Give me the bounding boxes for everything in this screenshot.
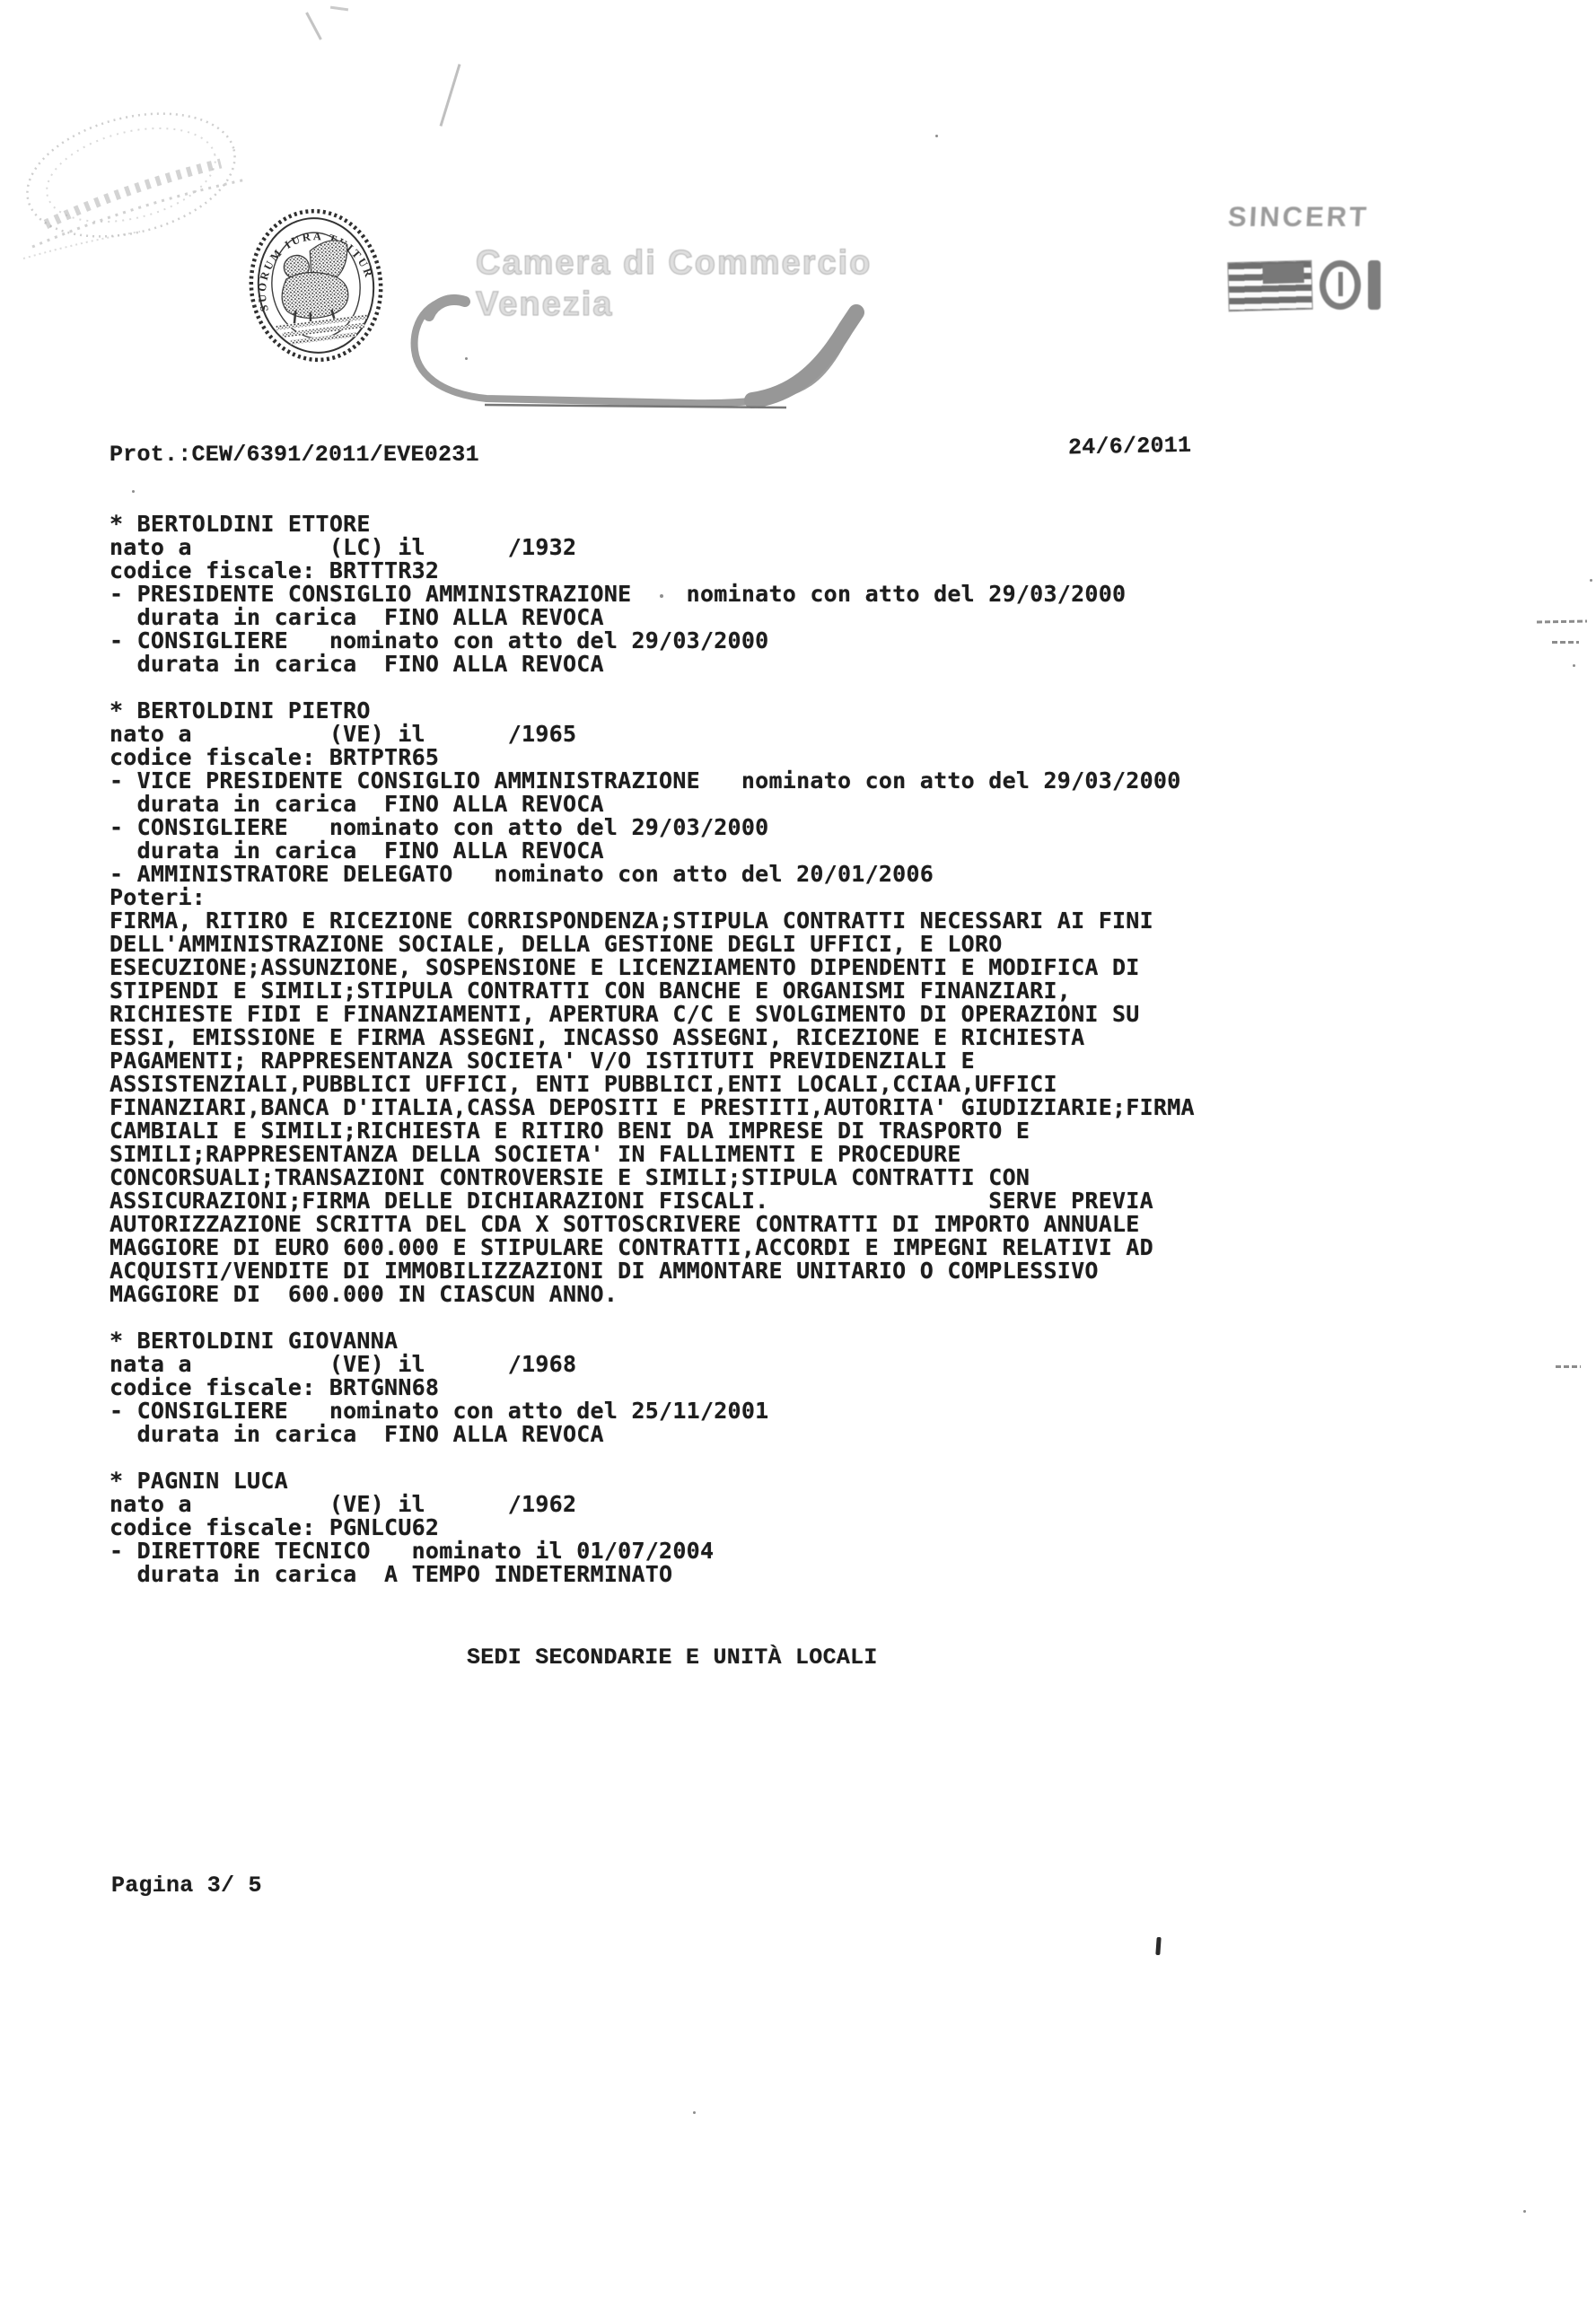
sincert-logo-text: SINCERT — [1227, 201, 1370, 233]
margin-dash — [1552, 641, 1579, 644]
scan-speck — [935, 135, 938, 137]
pencil-stroke — [440, 64, 461, 127]
sincert-logo — [1228, 259, 1385, 312]
scan-speck — [1523, 2210, 1526, 2213]
pencil-stroke — [305, 12, 322, 39]
signature-swoosh — [395, 285, 884, 420]
scan-speck — [1573, 664, 1575, 667]
protocol-number: Prot.:CEW/6391/2011/EVE0231 — [110, 443, 479, 467]
sincert-oval-bar — [1338, 272, 1343, 296]
page-number: Pagina 3/ 5 — [111, 1874, 262, 1898]
margin-dash — [1537, 620, 1587, 624]
scan-speck — [693, 2111, 696, 2114]
margin-dash — [1556, 1365, 1581, 1368]
section-heading: SEDI SECONDARIE E UNITÀ LOCALI — [467, 1646, 878, 1670]
scan-speck — [1590, 579, 1592, 582]
document-body: * BERTOLDINI ETTORE nato a (LC) il /1932… — [110, 513, 1195, 1586]
document-date: 24/6/2011 — [1068, 434, 1192, 460]
chamber-of-commerce-seal: SUORUM IURA TUITUR — [242, 202, 413, 373]
faded-ink-stamp-graphic — [5, 90, 275, 278]
sincert-bar-icon — [1368, 260, 1381, 310]
sincert-flag-patch — [1262, 263, 1304, 284]
watermark-line1: Camera di Commercio — [476, 242, 872, 284]
scan-speck — [465, 357, 468, 360]
stray-tick-mark — [1155, 1937, 1161, 1955]
faded-ink-stamp — [5, 90, 275, 278]
scanned-document-page: SUORUM IURA TUITUR Camera di Commercio V… — [0, 0, 1596, 2298]
sincert-flag-icon — [1227, 260, 1312, 311]
sincert-oval-icon — [1320, 260, 1361, 310]
scan-speck — [132, 490, 135, 493]
scan-speck — [660, 594, 663, 598]
pencil-stroke — [330, 6, 348, 12]
